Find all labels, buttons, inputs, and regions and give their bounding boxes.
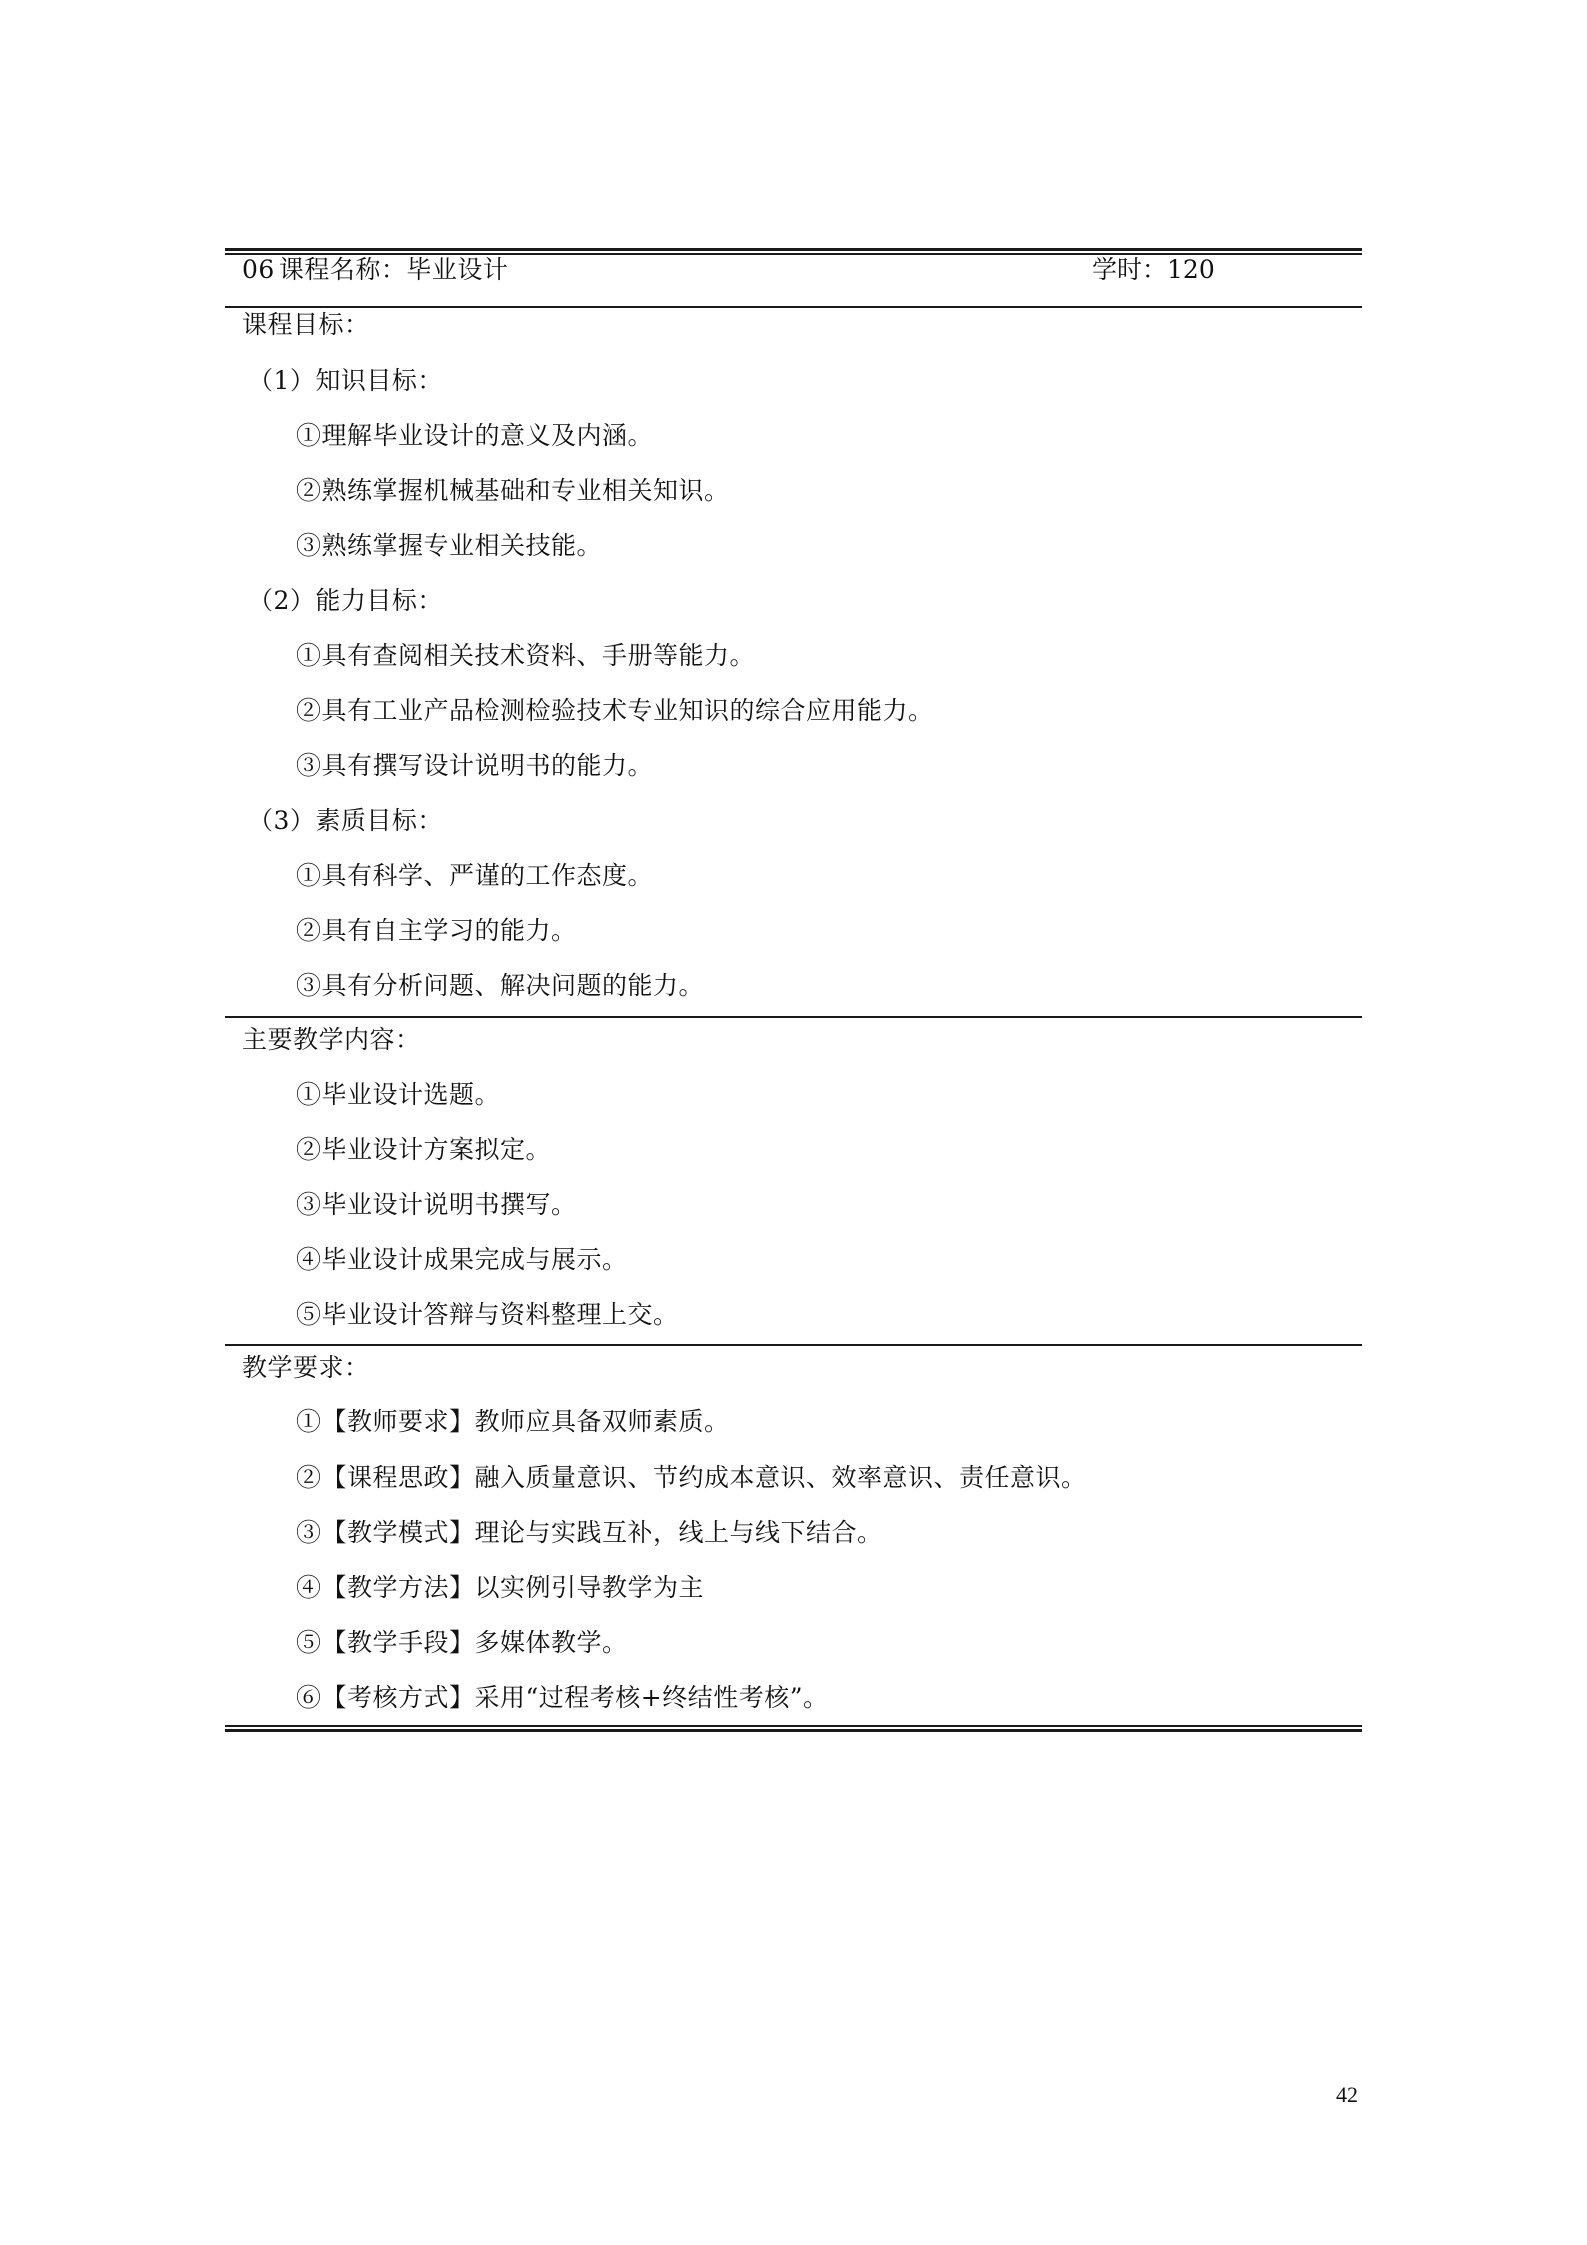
list-item: ③毕业设计说明书撰写。 <box>296 1185 577 1225</box>
list-item: ③具有分析问题、解决问题的能力。 <box>296 966 704 1006</box>
objective-group-quality: （3）素质目标： <box>248 801 443 841</box>
divider-after-objectives <box>225 1016 1362 1018</box>
list-item: ②具有自主学习的能力。 <box>296 911 577 951</box>
course-hours-label: 学时： <box>1092 255 1167 284</box>
requirements-heading: 教学要求： <box>242 1348 370 1388</box>
divider-after-title <box>225 306 1362 308</box>
table-bottom-rule-thin <box>225 1725 1362 1727</box>
course-title-row: 06课程名称：毕业设计 <box>242 250 508 290</box>
content-heading: 主要教学内容： <box>242 1020 421 1060</box>
list-item: ①具有查阅相关技术资料、手册等能力。 <box>296 636 755 676</box>
list-item: ⑤【教学手段】多媒体教学。 <box>296 1623 628 1663</box>
table-bottom-rule-thick <box>225 1729 1362 1732</box>
course-hours: 学时：120 <box>1092 250 1215 290</box>
list-item: ④【教学方法】以实例引导教学为主 <box>296 1568 704 1608</box>
list-item: ③【教学模式】理论与实践互补，线上与线下结合。 <box>296 1513 883 1553</box>
page-number: 42 <box>1336 2080 1358 2110</box>
course-hours-value: 120 <box>1167 255 1215 284</box>
course-name: 毕业设计 <box>406 255 508 284</box>
list-item: ①【教师要求】教师应具备双师素质。 <box>296 1402 730 1442</box>
list-item: ④毕业设计成果完成与展示。 <box>296 1240 628 1280</box>
objective-group-ability: （2）能力目标： <box>248 581 443 621</box>
list-item: ⑥【考核方式】采用“过程考核+终结性考核”。 <box>296 1678 829 1718</box>
list-item: ①毕业设计选题。 <box>296 1075 500 1115</box>
list-item: ②熟练掌握机械基础和专业相关知识。 <box>296 471 730 511</box>
list-item: ②毕业设计方案拟定。 <box>296 1130 551 1170</box>
list-item: ⑤毕业设计答辩与资料整理上交。 <box>296 1295 679 1335</box>
list-item: ①具有科学、严谨的工作态度。 <box>296 856 653 896</box>
list-item: ②【课程思政】融入质量意识、节约成本意识、效率意识、责任意识。 <box>296 1458 1087 1498</box>
list-item: ①理解毕业设计的意义及内涵。 <box>296 416 653 456</box>
list-item: ②具有工业产品检测检验技术专业知识的综合应用能力。 <box>296 691 934 731</box>
list-item: ③具有撰写设计说明书的能力。 <box>296 746 653 786</box>
list-item: ③熟练掌握专业相关技能。 <box>296 526 602 566</box>
course-code: 06 <box>242 255 275 284</box>
course-name-label: 课程名称： <box>279 255 407 284</box>
objectives-heading: 课程目标： <box>242 305 370 345</box>
divider-after-content <box>225 1344 1362 1346</box>
objective-group-knowledge: （1）知识目标： <box>248 361 443 401</box>
